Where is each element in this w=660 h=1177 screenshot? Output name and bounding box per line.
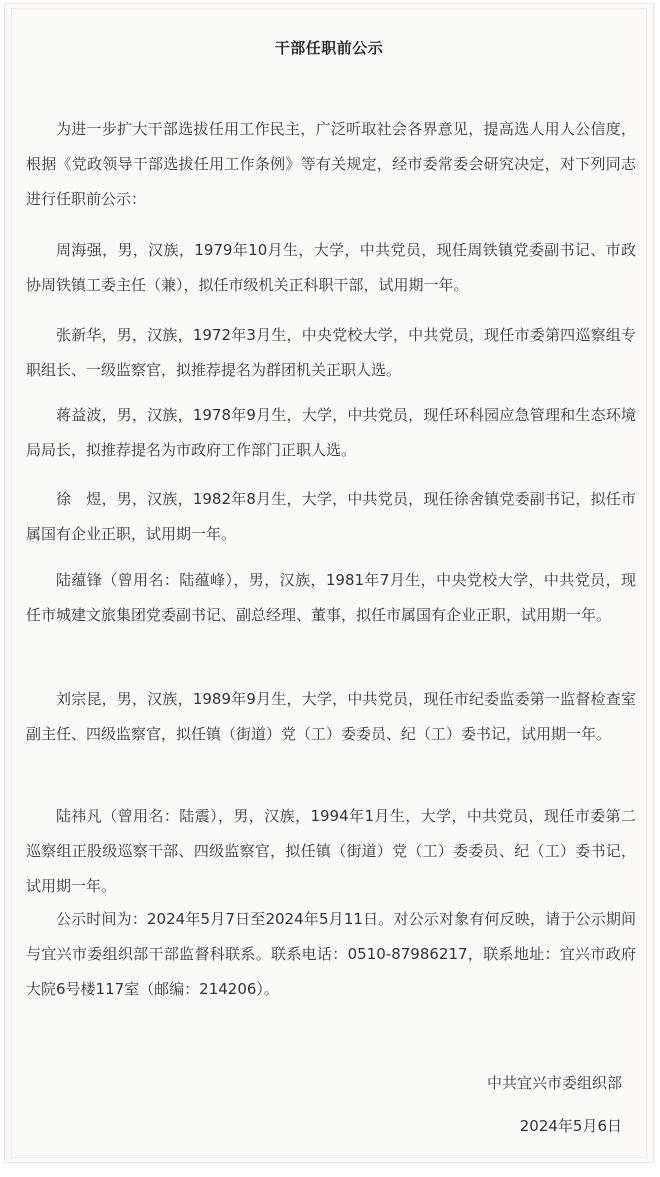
candidate-paragraph: 张新华，男，汉族，1972年3月生，中央党校大学，中共党员，现任市委第四巡察组专…	[26, 318, 636, 388]
candidate-block-4: 徐 煜，男，汉族，1982年8月生，大学，中共党员，现任徐舍镇党委副书记，拟任市…	[26, 482, 636, 552]
issue-date: 2024年5月6日	[520, 1115, 622, 1136]
document-frame: 干部任职前公示 为进一步扩大干部选拔任用工作民主，广泛听取社会各界意见，提高选人…	[4, 3, 654, 1163]
candidate-paragraph: 陆祎凡（曾用名：陆震），男，汉族，1994年1月生，大学，中共党员，现任市委第二…	[26, 799, 636, 904]
candidate-block-2: 张新华，男，汉族，1972年3月生，中央党校大学，中共党员，现任市委第四巡察组专…	[26, 318, 636, 388]
candidate-paragraph: 陆蕴锋（曾用名：陆蕴峰），男，汉族，1981年7月生，中央党校大学，中共党员，现…	[26, 563, 636, 633]
candidate-block-5: 陆蕴锋（曾用名：陆蕴峰），男，汉族，1981年7月生，中央党校大学，中共党员，现…	[26, 563, 636, 633]
candidate-block-6: 刘宗昆，男，汉族，1989年9月生，大学，中共党员，现任市纪委监委第一监督检查室…	[26, 682, 636, 752]
candidate-paragraph: 刘宗昆，男，汉族，1989年9月生，大学，中共党员，现任市纪委监委第一监督检查室…	[26, 682, 636, 752]
notice-period-paragraph: 公示时间为：2024年5月7日至2024年5月11日。对公示对象有何反映，请于公…	[26, 902, 636, 1007]
intro-block: 为进一步扩大干部选拔任用工作民主，广泛听取社会各界意见，提高选人用人公信度，根据…	[26, 112, 636, 217]
notice-period-block: 公示时间为：2024年5月7日至2024年5月11日。对公示对象有何反映，请于公…	[26, 902, 636, 1007]
candidate-block-1: 周海强，男，汉族，1979年10月生，大学，中共党员，现任周铁镇党委副书记、市政…	[26, 233, 636, 303]
document-title: 干部任职前公示	[5, 37, 653, 58]
candidate-paragraph: 周海强，男，汉族，1979年10月生，大学，中共党员，现任周铁镇党委副书记、市政…	[26, 233, 636, 303]
candidate-block-7: 陆祎凡（曾用名：陆震），男，汉族，1994年1月生，大学，中共党员，现任市委第二…	[26, 799, 636, 904]
candidate-block-3: 蒋益波，男，汉族，1978年9月生，大学，中共党员，现任环科园应急管理和生态环境…	[26, 398, 636, 468]
candidate-paragraph: 徐 煜，男，汉族，1982年8月生，大学，中共党员，现任徐舍镇党委副书记，拟任市…	[26, 482, 636, 552]
issuer-signature: 中共宜兴市委组织部	[487, 1072, 622, 1093]
candidate-paragraph: 蒋益波，男，汉族，1978年9月生，大学，中共党员，现任环科园应急管理和生态环境…	[26, 398, 636, 468]
intro-paragraph: 为进一步扩大干部选拔任用工作民主，广泛听取社会各界意见，提高选人用人公信度，根据…	[26, 112, 636, 217]
